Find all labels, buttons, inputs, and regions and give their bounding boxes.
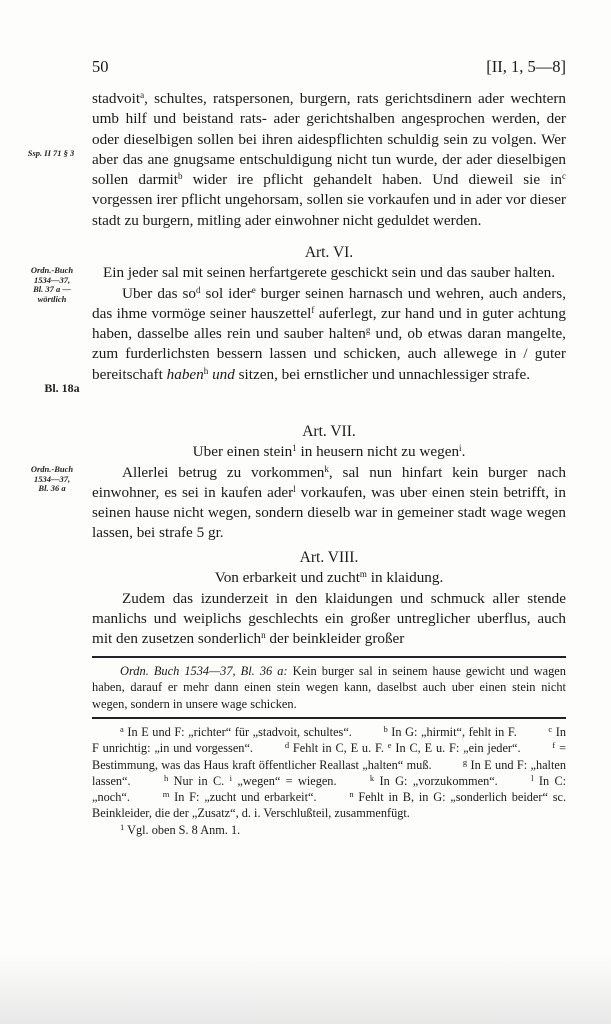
section-reference: [II, 1, 5—8] [486, 57, 566, 77]
note-d: d Fehlt in C, E u. F. [285, 741, 384, 755]
footnote-1: 1 Vgl. oben S. 8 Anm. 1. [92, 822, 566, 838]
margin-note-art6-source: Ordn.-Buch 1534—37, Bl. 37 a — wörtlich [18, 266, 86, 304]
note-i: i „wegen“ = wiegen. [230, 774, 337, 788]
margin-note-art7-source: Ordn.-Buch 1534—37, Bl. 36 a [18, 465, 86, 494]
article-body: Uber das sod sol idere burger seinen har… [92, 284, 566, 385]
article-title: Uber einen stein1 in heusern nicht zu we… [92, 442, 566, 462]
article-title: Ein jeder sal mit seinen herfartgerete g… [92, 263, 566, 283]
margin-note-ssp: Ssp. II 71 § 3 [14, 149, 88, 159]
footnote-mark[interactable]: c [562, 171, 566, 181]
article-8: Art. VIII. Von erbarkeit und zuchtm in k… [92, 548, 566, 649]
note-a: a In E und F: „richter“ für „stadvoit, s… [120, 725, 352, 739]
source-quote: Ordn. Buch 1534—37, Bl. 36 a: Kein burge… [92, 663, 566, 712]
note-e: e In C, E u. F: „ein jeder“. [388, 741, 521, 755]
article-7: Art. VII. Uber einen stein1 in heusern n… [92, 422, 566, 544]
margin-note-folio: Bl. 18a [34, 384, 90, 394]
margin-line: wörtlich [18, 295, 86, 305]
article-heading: Art. VI. [92, 243, 566, 263]
note-m: m In F: „zucht und erbarkeit“. [163, 790, 317, 804]
scan-shadow [0, 954, 611, 1024]
note-h: h Nur in C. [164, 774, 224, 788]
intro-paragraph: stadvoita, schultes, ratspersonen, burge… [92, 89, 566, 231]
article-body: Zudem das izunderzeit in den klaidungen … [92, 589, 566, 650]
footnote-mark[interactable]: h [204, 366, 209, 376]
page-header: 50 [II, 1, 5—8] [92, 57, 566, 77]
page-number: 50 [92, 57, 109, 77]
note-k: k In G: „vorzukommen“. [370, 774, 498, 788]
document-page: 50 [II, 1, 5—8] Ssp. II 71 § 3 Ordn.-Buc… [0, 0, 611, 1024]
article-6: Art. VI. Ein jeder sal mit seinen herfar… [92, 243, 566, 385]
article-heading: Art. VIII. [92, 548, 566, 568]
margin-line: Bl. 36 a [18, 484, 86, 494]
divider-rule [92, 656, 566, 658]
article-title: Von erbarkeit und zuchtm in klaidung. [92, 568, 566, 588]
quote-source: Ordn. Buch 1534—37, Bl. 36 a: [120, 664, 288, 678]
footnote-mark[interactable]: m [360, 569, 367, 579]
divider-rule [92, 717, 566, 719]
article-heading: Art. VII. [92, 422, 566, 442]
note-b: b In G: „hirmit“, fehlt in F. [383, 725, 516, 739]
variant-notes: a In E und F: „richter“ für „stadvoit, s… [92, 724, 566, 838]
article-body: Allerlei betrug zu vorkommenk, sal nun h… [92, 463, 566, 544]
